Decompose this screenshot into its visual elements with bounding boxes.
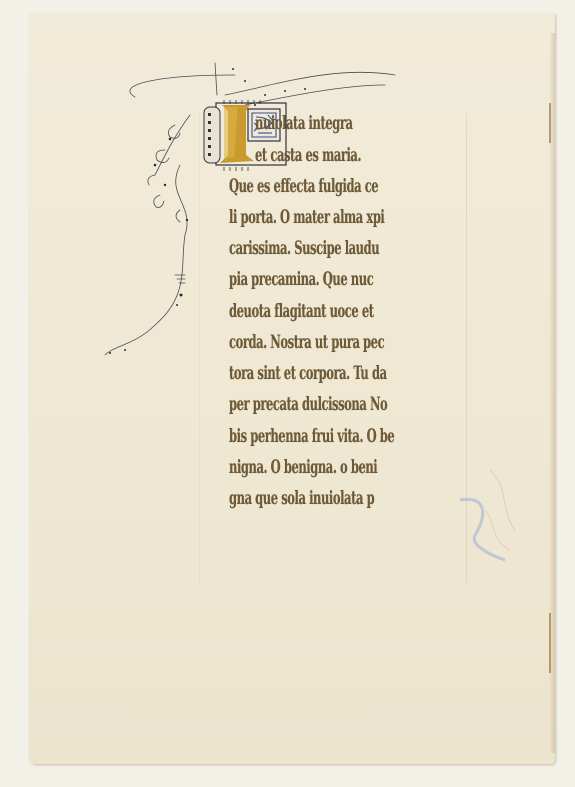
text-line: gna que sola inuiolata p [229,487,374,509]
text-line: per precata dulcissona No [229,393,387,415]
text-line: bis perhenna frui vita. O be [229,425,394,447]
text-line: Que es effecta fulgida ce [229,175,378,197]
text-line: tora sint et corpora. Tu da [229,362,387,384]
text-line: deuota flagitant uoce et [229,300,374,322]
text-line: nigna. O benigna. o beni [229,456,377,478]
text-line: carissima. Suscipe laudu [229,237,379,259]
edge-stain [549,103,551,143]
show-through-decoration [430,450,530,590]
text-line: corda. Nostra ut pura pec [229,331,384,353]
edge-stain [549,613,551,673]
text-line: nuiolata integra [255,112,353,134]
text-line: et casta es maria. [255,144,361,166]
text-line: li porta. O mater alma xpi [229,206,384,228]
text-line: pia precamina. Que nuc [229,268,373,290]
